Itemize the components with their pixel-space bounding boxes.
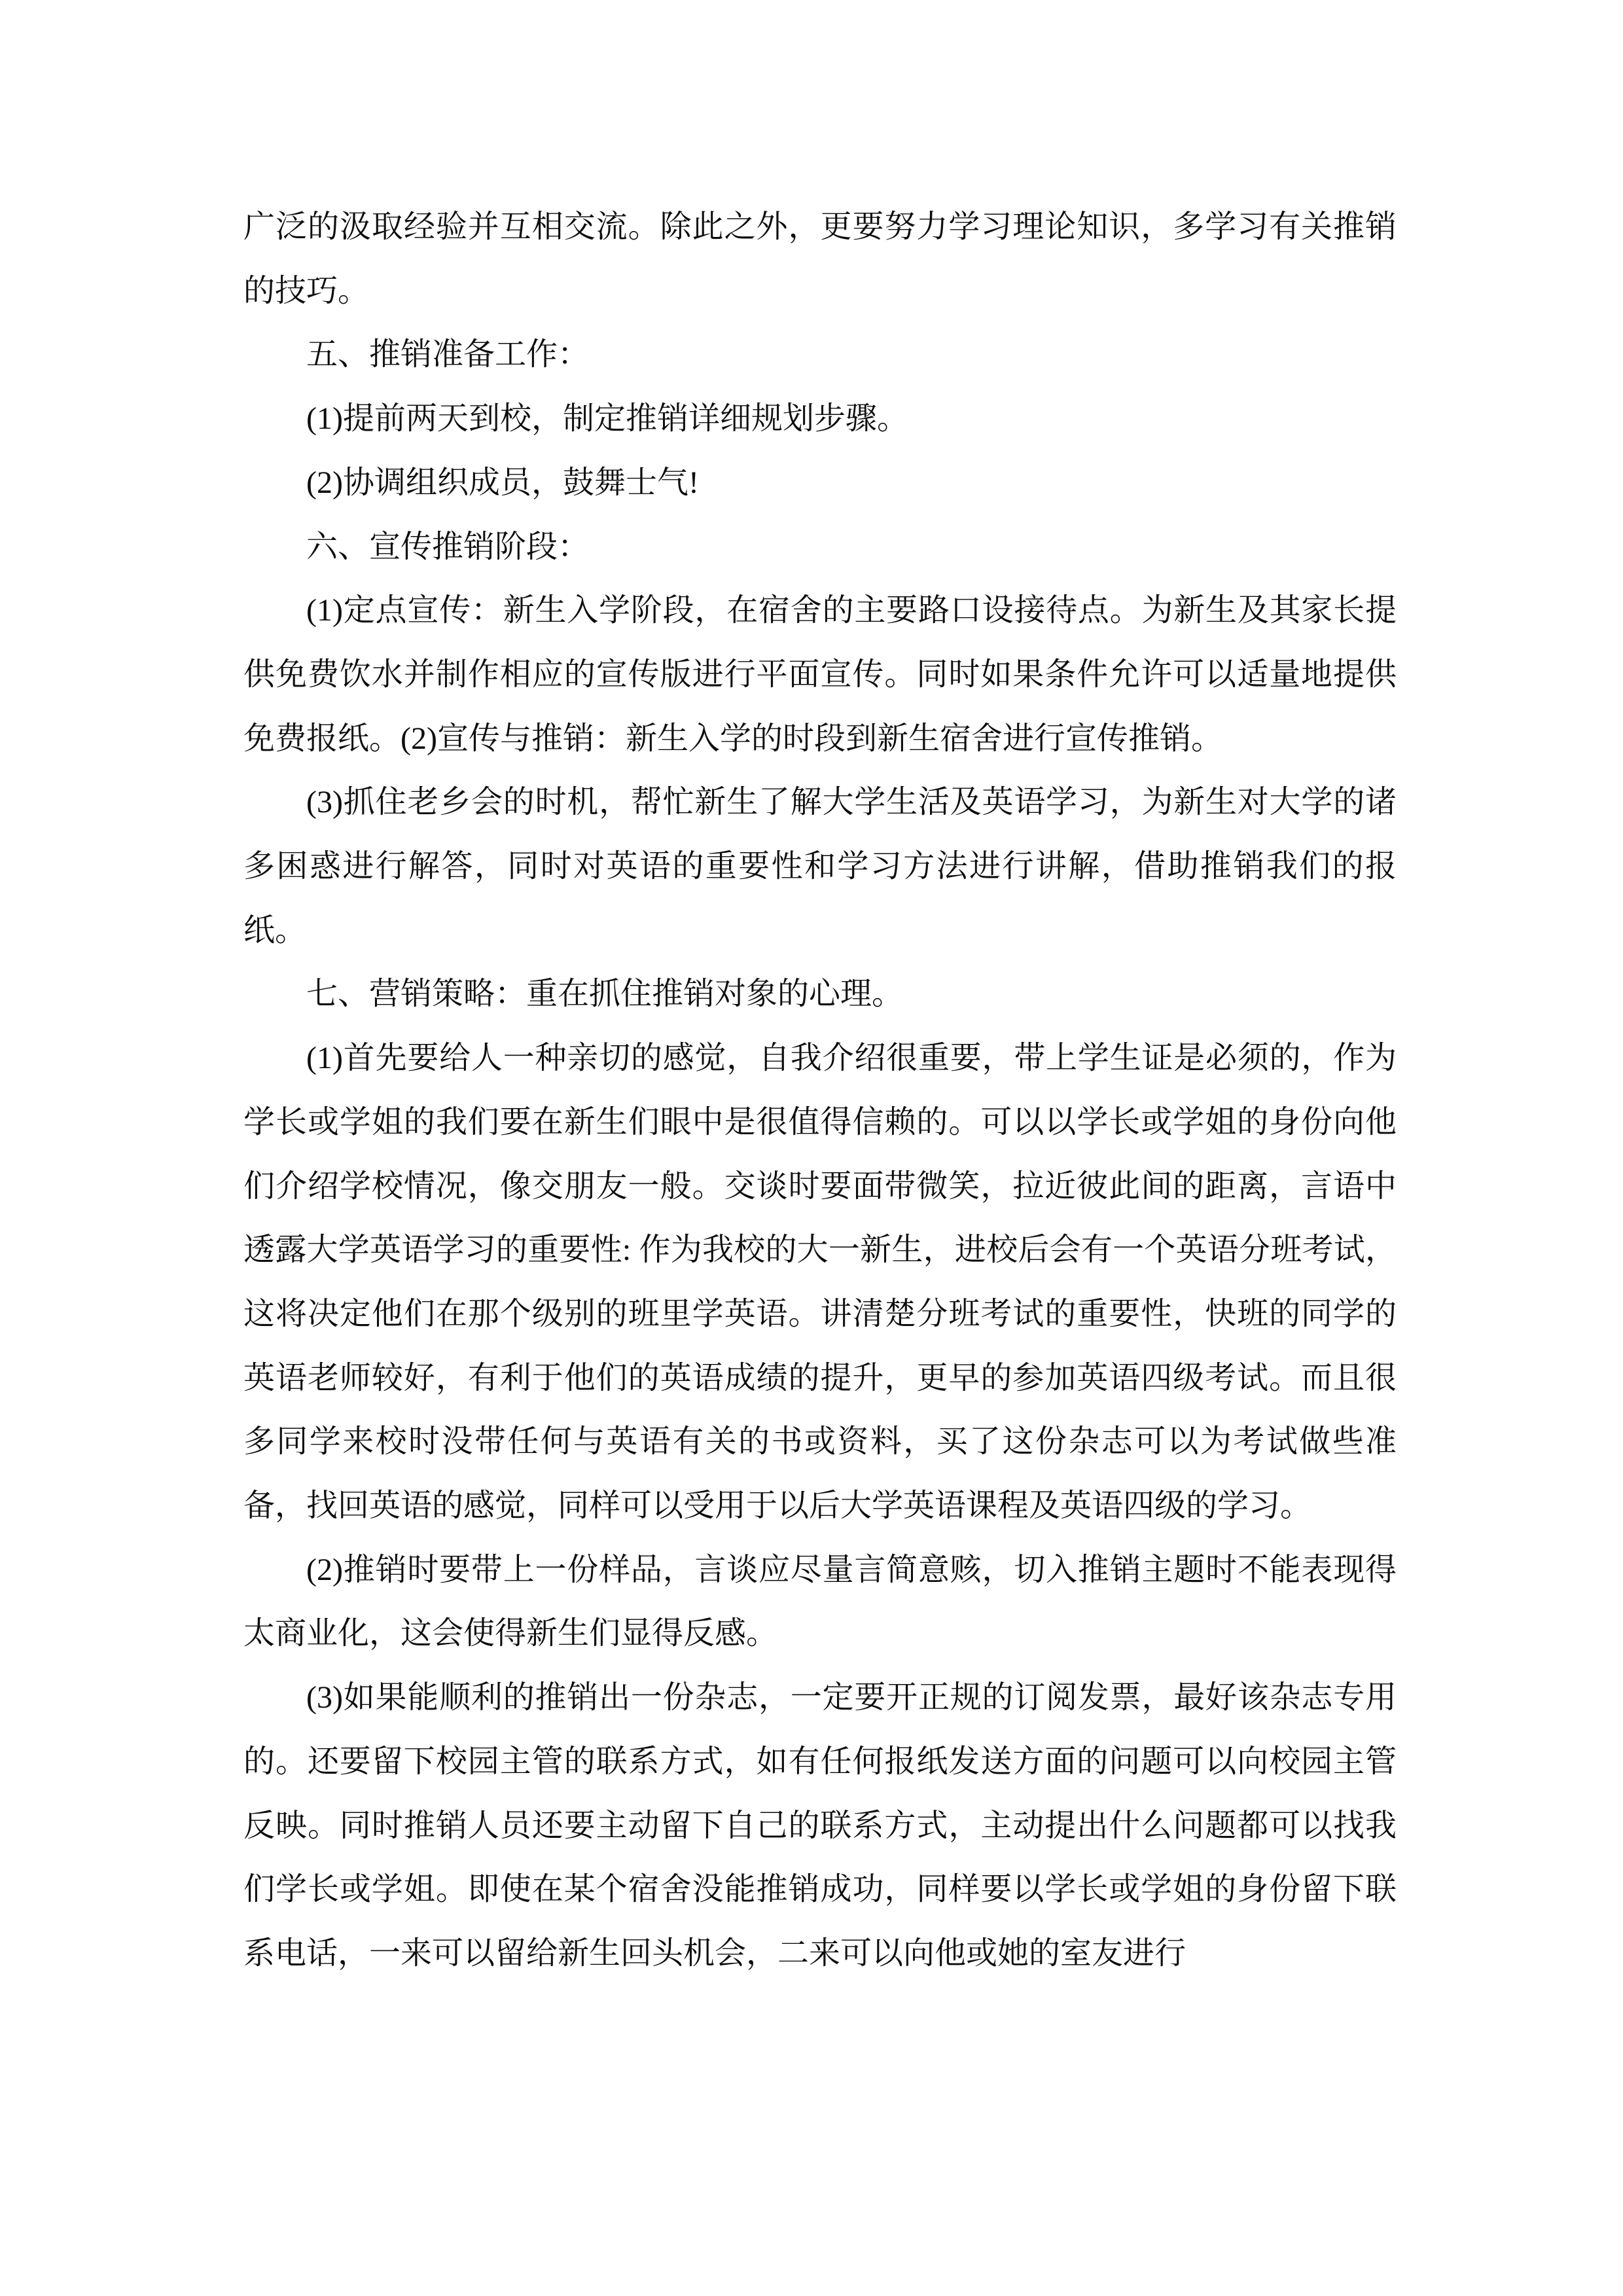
paragraph: (2)推销时要带上一份样品，言谈应尽量言简意赅，切入推销主题时不能表现得太商业化… <box>243 1538 1397 1666</box>
paragraph-heading-section-6: 六、宣传推销阶段： <box>243 515 1397 579</box>
document-page: 广泛的汲取经验并互相交流。除此之外，更要努力学习理论知识，多学习有关推销的技巧。… <box>0 0 1623 2296</box>
document-body: 广泛的汲取经验并互相交流。除此之外，更要努力学习理论知识，多学习有关推销的技巧。… <box>243 195 1397 1986</box>
paragraph: 广泛的汲取经验并互相交流。除此之外，更要努力学习理论知识，多学习有关推销的技巧。 <box>243 195 1397 323</box>
paragraph: (2)协调组织成员，鼓舞士气! <box>243 451 1397 515</box>
paragraph: (3)如果能顺利的推销出一份杂志，一定要开正规的订阅发票，最好该杂志专用的。还要… <box>243 1666 1397 1986</box>
paragraph: (1)定点宣传：新生入学阶段，在宿舍的主要路口设接待点。为新生及其家长提供免费饮… <box>243 579 1397 770</box>
paragraph: (1)提前两天到校，制定推销详细规划步骤。 <box>243 387 1397 451</box>
document-page-root: { "doc": { "language": "zh-CN", "text_co… <box>0 0 1623 2296</box>
paragraph-heading-section-5: 五、推销准备工作： <box>243 323 1397 387</box>
paragraph: (1)首先要给人一种亲切的感觉，自我介绍很重要，带上学生证是必须的，作为学长或学… <box>243 1026 1397 1538</box>
paragraph: (3)抓住老乡会的时机，帮忙新生了解大学生活及英语学习，为新生对大学的诸多困惑进… <box>243 770 1397 962</box>
paragraph-heading-section-7: 七、营销策略：重在抓住推销对象的心理。 <box>243 962 1397 1026</box>
